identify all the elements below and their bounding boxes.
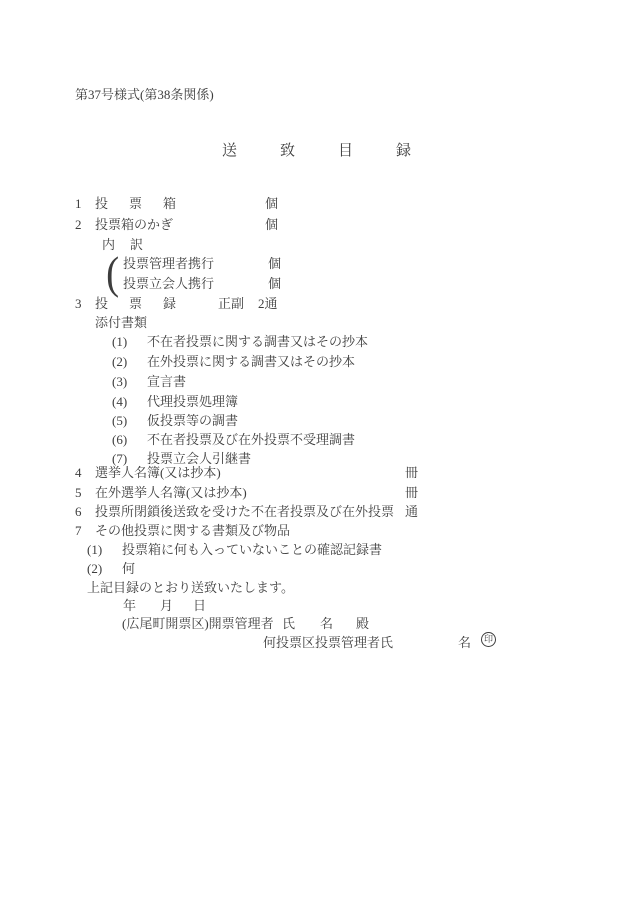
item5-number: 5: [75, 486, 82, 501]
form-page: 第37号様式(第38条関係) 送致目録 1 投票箱 個 2 投票箱のかぎ 個 内…: [0, 0, 630, 916]
attachment-text: 不在者投票及び在外投票不受理調書: [147, 433, 355, 448]
addressee-shi: 氏: [282, 617, 295, 632]
item3-label: 投票録: [95, 297, 197, 312]
item2-unit: 個: [265, 218, 278, 233]
attachment-no: (2): [112, 355, 127, 370]
item4-label: 選挙人名簿(又は抄本): [95, 466, 221, 481]
attachment-no: (3): [112, 375, 127, 390]
attachment-text: 仮投票等の調書: [147, 414, 238, 429]
item7-label: その他投票に関する書類及び物品: [95, 524, 290, 539]
item1-label: 投票箱: [95, 197, 197, 212]
attachment-text: 宣言書: [147, 375, 186, 390]
item2-label: 投票箱のかぎ: [95, 218, 173, 233]
item5-label: 在外選挙人名簿(又は抄本): [95, 486, 247, 501]
breakdown-bracket: (: [106, 250, 119, 296]
breakdown-row1-label: 投票管理者携行: [123, 257, 214, 272]
date-day-label: 日: [193, 599, 206, 614]
item3-copies-value: 2通: [258, 297, 278, 312]
attachment-text: 不在者投票に関する調書又はその抄本: [147, 335, 368, 350]
item7-subitem-no: (1): [87, 543, 102, 558]
form-number: 第37号様式(第38条関係): [75, 88, 214, 103]
breakdown-row1-unit: 個: [268, 257, 281, 272]
breakdown-row2-label: 投票立会人携行: [123, 277, 214, 292]
item2-number: 2: [75, 218, 82, 233]
attachment-no: (5): [112, 414, 127, 429]
item6-label: 投票所閉鎖後送致を受けた不在者投票及び在外投票: [95, 505, 394, 520]
attachment-text: 代理投票処理簿: [147, 395, 238, 410]
item7-subitem-text: 投票箱に何も入っていないことの確認記録書: [122, 543, 382, 558]
item7-subitem-no: (2): [87, 562, 102, 577]
addressee-mei: 名: [320, 617, 333, 632]
item5-unit: 冊: [405, 486, 418, 501]
attachment-no: (1): [112, 335, 127, 350]
item4-unit: 冊: [405, 466, 418, 481]
attachment-no: (4): [112, 395, 127, 410]
item3-copies-label: 正副: [218, 297, 244, 312]
date-month-label: 月: [160, 599, 173, 614]
item7-subitem-text: 何: [122, 562, 135, 577]
page-title: 送致目録: [222, 143, 454, 160]
item1-unit: 個: [265, 197, 278, 212]
closing-statement: 上記目録のとおり送致いたします。: [87, 581, 294, 596]
item6-unit: 通: [405, 505, 418, 520]
item1-number: 1: [75, 197, 82, 212]
sender-label: 何投票区投票管理者氏: [263, 636, 393, 651]
breakdown-row2-unit: 個: [268, 277, 281, 292]
item6-number: 6: [75, 505, 82, 520]
item7-number: 7: [75, 524, 82, 539]
date-year-label: 年: [123, 599, 136, 614]
addressee-dono: 殿: [356, 617, 369, 632]
attachments-heading: 添付書類: [95, 316, 147, 331]
seal-icon: 印: [481, 632, 496, 647]
item3-number: 3: [75, 297, 82, 312]
attachment-text: 在外投票に関する調書又はその抄本: [147, 355, 355, 370]
attachment-no: (6): [112, 433, 127, 448]
item4-number: 4: [75, 466, 82, 481]
sender-name: 名: [458, 636, 471, 651]
addressee-prefix: (広尾町開票区)開票管理者: [122, 617, 274, 632]
